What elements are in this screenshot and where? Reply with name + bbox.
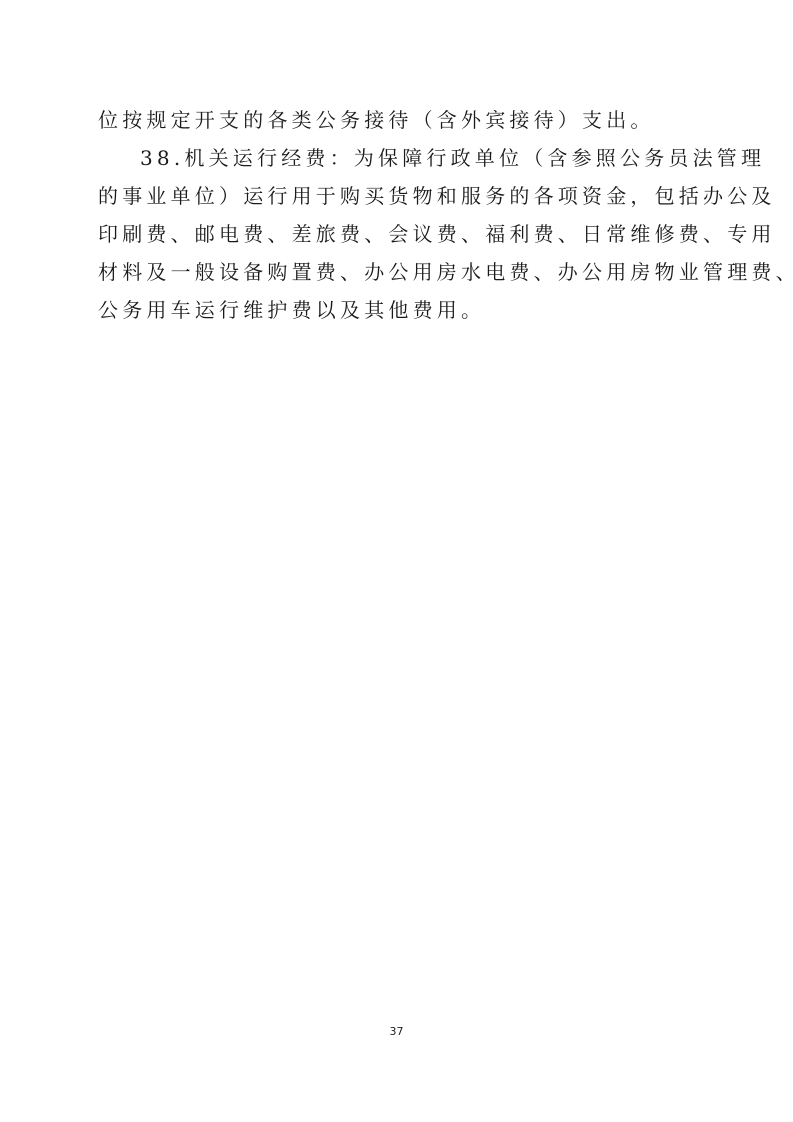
text-line: 的事业单位）运行用于购买货物和服务的各项资金，包括办公及 <box>98 177 702 215</box>
text-line: 材料及一般设备购置费、办公用房水电费、办公用房物业管理费、 <box>98 253 702 291</box>
text-line: 公务用车运行维护费以及其他费用。 <box>98 291 702 329</box>
text-line-item-38-heading: 38.机关运行经费：为保障行政单位（含参照公务员法管理 <box>98 139 702 177</box>
document-body: 位按规定开支的各类公务接待（含外宾接待）支出。 38.机关运行经费：为保障行政单… <box>98 101 702 329</box>
text-line: 印刷费、邮电费、差旅费、会议费、福利费、日常维修费、专用 <box>98 215 702 253</box>
text-line-continuation: 位按规定开支的各类公务接待（含外宾接待）支出。 <box>98 101 702 139</box>
page-number: 37 <box>0 1025 793 1038</box>
